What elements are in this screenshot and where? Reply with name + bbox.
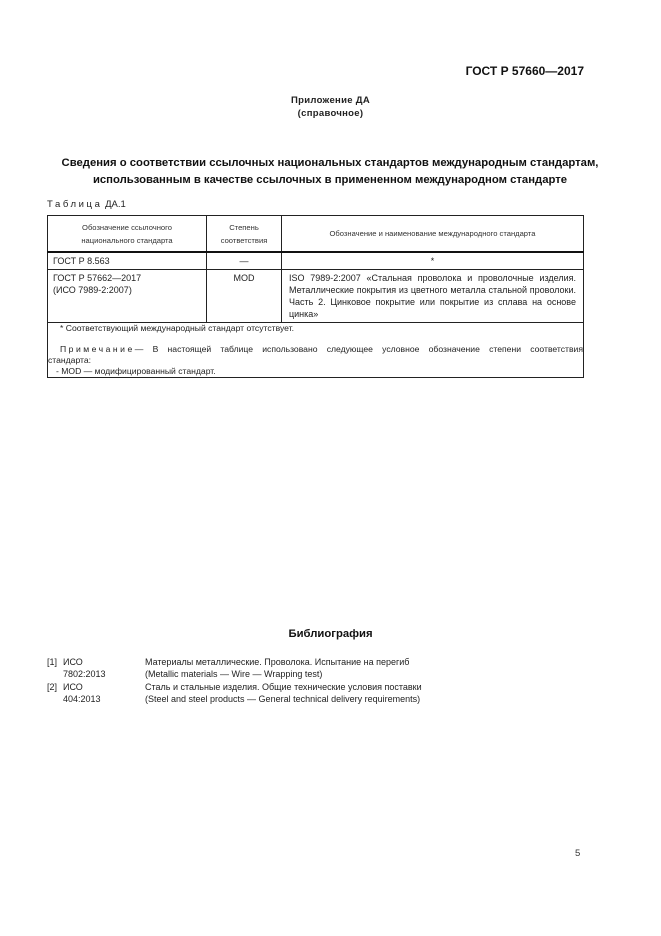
- cell-degree: MOD: [207, 270, 282, 323]
- bibliography-code: ИСО 7802:2013: [63, 656, 106, 680]
- table-row: ГОСТ Р 8.563 — *: [48, 252, 584, 270]
- cell-national-standard: ГОСТ Р 8.563: [48, 252, 207, 270]
- document-id: ГОСТ Р 57660—2017: [460, 64, 584, 78]
- cell-national-standard: ГОСТ Р 57662—2017 (ИСО 7989-2:2007): [48, 270, 207, 323]
- section-title: Сведения о соответствии ссылочных национ…: [30, 155, 630, 189]
- cell-international-standard: *: [282, 252, 584, 270]
- bibliography-description: Материалы металлические. Проволока. Испы…: [145, 656, 409, 680]
- correspondence-table: Обозначение ссылочного национального ста…: [47, 215, 584, 378]
- cell-international-standard: ISO 7989-2:2007 «Стальная проволока и пр…: [282, 270, 584, 323]
- note-label: Примечание: [60, 344, 135, 354]
- bibliography-number: [2]: [47, 681, 57, 693]
- page-number: 5: [575, 848, 580, 859]
- cell-text: (ИСО 7989-2:2007): [53, 284, 201, 296]
- bibliography-title-en: (Steel and steel products — General tech…: [145, 693, 422, 705]
- column-header-degree: Степень соответствия: [207, 216, 282, 253]
- bibliography-title-en: (Metallic materials — Wire — Wrapping te…: [145, 668, 409, 680]
- table-caption-number: ДА.1: [105, 199, 126, 210]
- bibliography-title: Библиография: [0, 628, 661, 640]
- cell-text: ГОСТ Р 8.563: [53, 255, 201, 267]
- appendix-subtitle: (справочное): [0, 108, 661, 119]
- column-header-label: национального стандарта: [48, 234, 206, 247]
- column-header-national: Обозначение ссылочного национального ста…: [48, 216, 207, 253]
- bibliography-title-ru: Материалы металлические. Проволока. Испы…: [145, 656, 409, 668]
- column-header-label: соответствия: [207, 234, 281, 247]
- bibliography-code: ИСО 404:2013: [63, 681, 101, 705]
- section-title-line-1: Сведения о соответствии ссылочных национ…: [30, 155, 630, 172]
- table-footnote: * Соответствующий международный стандарт…: [48, 323, 583, 334]
- bibliography-title-ru: Сталь и стальные изделия. Общие техничес…: [145, 681, 422, 693]
- table-caption-prefix: Таблица: [47, 199, 102, 210]
- section-title-line-2: использованным в качестве ссылочных в пр…: [30, 172, 630, 189]
- cell-degree: —: [207, 252, 282, 270]
- table-header-row: Обозначение ссылочного национального ста…: [48, 216, 584, 253]
- table-note: Примечание— В настоящей таблице использо…: [48, 344, 583, 366]
- table-row: ГОСТ Р 57662—2017 (ИСО 7989-2:2007) MOD …: [48, 270, 584, 323]
- column-header-international: Обозначение и наименование международног…: [282, 216, 584, 253]
- note-item: - MOD — модифицированный стандарт.: [48, 366, 583, 377]
- bibliography-description: Сталь и стальные изделия. Общие техничес…: [145, 681, 422, 705]
- column-header-label: Степень: [207, 221, 281, 234]
- table-caption: Таблица ДА.1: [47, 199, 126, 210]
- column-header-label: Обозначение и наименование международног…: [282, 227, 583, 240]
- table-notes: * Соответствующий международный стандарт…: [48, 323, 584, 378]
- table-notes-row: * Соответствующий международный стандарт…: [48, 323, 584, 378]
- column-header-label: Обозначение ссылочного: [48, 221, 206, 234]
- bibliography-number: [1]: [47, 656, 57, 668]
- appendix-title: Приложение ДА: [0, 95, 661, 106]
- cell-text: ГОСТ Р 57662—2017: [53, 272, 201, 284]
